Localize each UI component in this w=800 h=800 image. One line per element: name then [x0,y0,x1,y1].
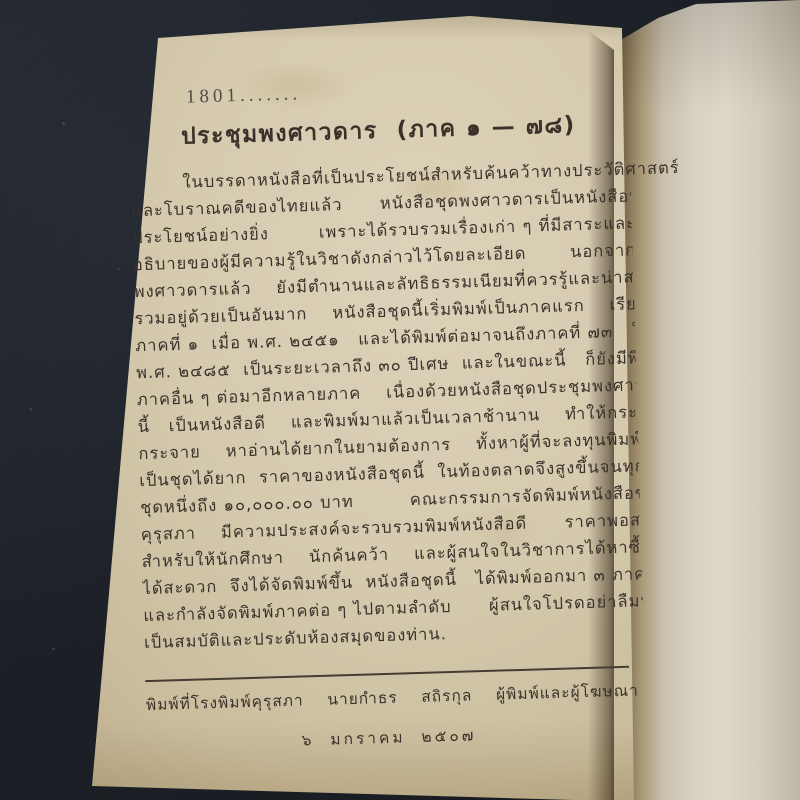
page-content: 1801....... ประชุมพงศาวดาร (ภาค ๑ — ๗๘) … [128,73,650,757]
dust-speck [118,268,120,270]
dust-speck [62,122,65,125]
body-paragraph: ในบรรดาหนังสือที่เป็นประโยชน์สำหรับค้นคว… [130,155,646,656]
printer-imprint-line: พิมพ์ที่โรงพิมพ์คุรุสภา นายกำธร สถิรกุล … [146,677,649,717]
dust-speck [52,648,55,650]
dust-speck [30,408,32,411]
page-title: ประชุมพงศาวดาร (ภาค ๑ — ๗๘) [181,105,632,154]
